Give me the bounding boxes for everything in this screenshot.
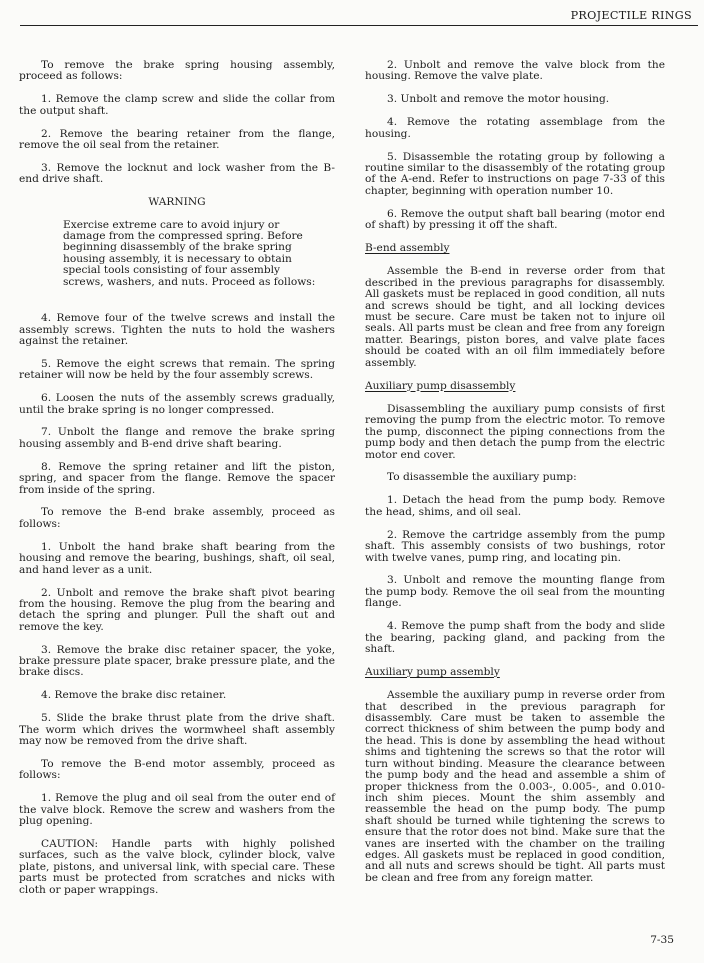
paragraph: Assemble the auxiliary pump in reverse o… [365,690,665,884]
paragraph: 1. Remove the plug and oil seal from the… [19,793,335,827]
paragraph: 6. Loosen the nuts of the assembly screw… [19,393,335,416]
paragraph: To remove the B-end brake assembly, proc… [19,507,335,530]
paragraph: 2. Unbolt and remove the valve block fro… [365,60,665,83]
paragraph: 1. Remove the clamp screw and slide the … [19,94,335,117]
paragraph: 1. Detach the head from the pump body. R… [365,495,665,518]
paragraph: 2. Remove the bearing retainer from the … [19,129,335,152]
paragraph: 5. Disassemble the rotating group by fol… [365,152,665,198]
warning-title: WARNING [19,197,335,208]
paragraph: 1. Unbolt the hand brake shaft bearing f… [19,542,335,576]
page-number: 7-35 [650,934,674,946]
paragraph: 4. Remove the brake disc retainer. [19,690,335,701]
section-heading-aux-pump-assembly: Auxiliary pump assembly [365,667,665,678]
caution-paragraph: CAUTION: Handle parts with highly polish… [19,839,335,896]
left-column: To remove the brake spring housing assem… [19,60,335,908]
paragraph: 3. Unbolt and remove the mounting flange… [365,575,665,609]
paragraph: 4. Remove the rotating assemblage from t… [365,117,665,140]
right-column: 2. Unbolt and remove the valve block fro… [365,60,665,896]
paragraph: 4. Remove the pump shaft from the body a… [365,621,665,655]
paragraph: 3. Unbolt and remove the motor housing. [365,94,665,105]
header-rule [20,25,698,26]
paragraph: 7. Unbolt the flange and remove the brak… [19,427,335,450]
paragraph: 6. Remove the output shaft ball bearing … [365,209,665,232]
paragraph: 4. Remove four of the twelve screws and … [19,313,335,347]
running-head: PROJECTILE RINGS [571,9,692,22]
section-heading-b-end-assembly: B-end assembly [365,243,665,254]
paragraph: To remove the brake spring housing assem… [19,60,335,83]
paragraph: 5. Slide the brake thrust plate from the… [19,713,335,747]
paragraph: 5. Remove the eight screws that remain. … [19,359,335,382]
section-heading-aux-pump-disassembly: Auxiliary pump disassembly [365,381,665,392]
paragraph: 3. Remove the brake disc retainer spacer… [19,645,335,679]
paragraph: 8. Remove the spring retainer and lift t… [19,462,335,496]
paragraph: To disassemble the auxiliary pump: [365,472,665,483]
paragraph: 2. Unbolt and remove the brake shaft piv… [19,588,335,634]
paragraph: Disassembling the auxiliary pump consist… [365,404,665,461]
warning-text: Exercise extreme care to avoid injury or… [63,220,319,288]
paragraph: 2. Remove the cartridge assembly from th… [365,530,665,564]
paragraph: Assemble the B-end in reverse order from… [365,266,665,369]
paragraph: To remove the B-end motor assembly, proc… [19,759,335,782]
paragraph: 3. Remove the locknut and lock washer fr… [19,163,335,186]
